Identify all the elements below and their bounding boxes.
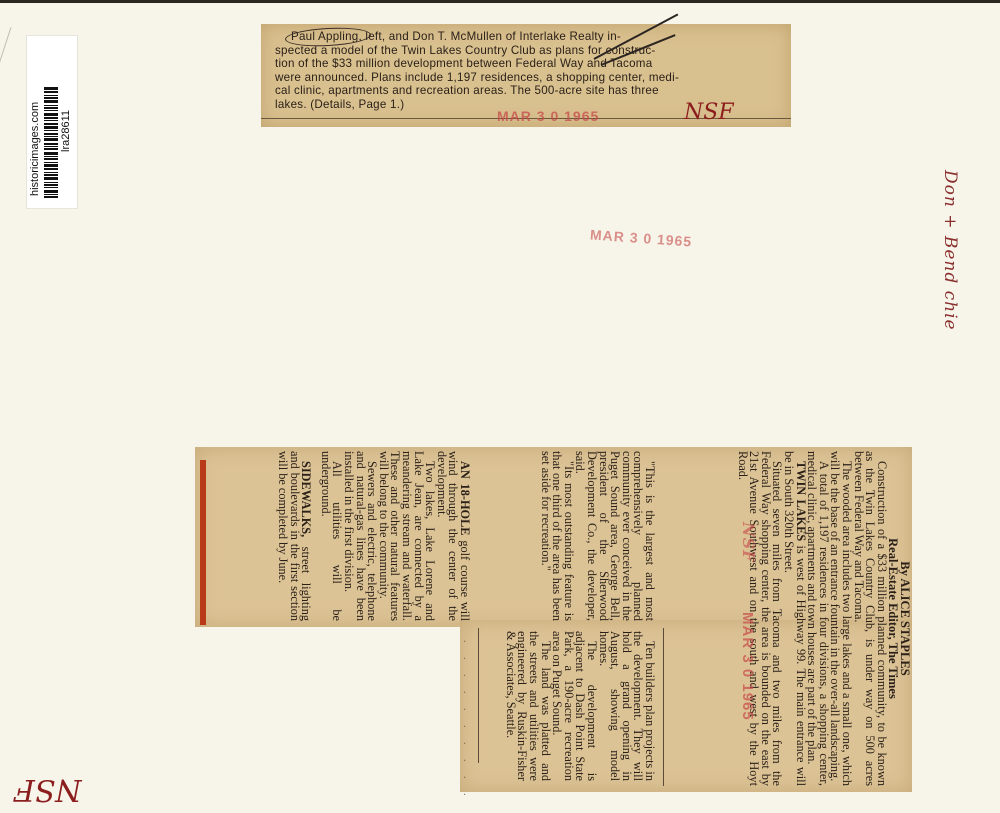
article-paragraph: Sewers and electric, telephone and natur…: [342, 451, 377, 621]
article-byline: By ALICE STAPLES: [898, 451, 910, 786]
article-paragraph: SIDEWALKS, street lighting and boulevard…: [277, 451, 312, 621]
barcode-bars: [44, 46, 58, 198]
article-paragraph: AN 18-HOLE golf course will wind through…: [435, 451, 470, 621]
article-column-1: By ALICE STAPLES Real-Estate Editor, The…: [736, 451, 910, 786]
barcode-site-text: historicimages.com: [29, 102, 41, 196]
caption-line: spected a model of the Twin Lakes Countr…: [275, 44, 780, 58]
caption-handwritten-initials: NSF: [684, 100, 734, 125]
caption-line: tion of the $33 million development betw…: [275, 57, 780, 71]
article-paragraph: "Its most outstanding feature is that on…: [539, 451, 574, 621]
photo-caption-clipping: Paul Appling, left, and Don T. McMullen …: [261, 24, 791, 127]
article-paragraph: Construction of a $33 million planned co…: [852, 451, 887, 786]
scan-top-edge: [0, 0, 1000, 3]
handwritten-bottom-initials: NSF: [14, 772, 82, 807]
article-paragraph: "This is the largest and most comprehens…: [574, 451, 655, 621]
article-column-2: "This is the largest and most comprehens…: [539, 451, 655, 621]
caption-date-stamp: MAR 3 0 1965: [497, 108, 599, 124]
article-paragraph: The land was platted and the streets and…: [504, 631, 550, 781]
article-paragraph: The development is adjacent to Dash Poin…: [551, 631, 597, 781]
article-paragraph: Two lakes, Lake Lorene and Lake Jean, ar…: [377, 451, 435, 621]
center-date-stamp: MAR 3 0 1965: [590, 226, 693, 249]
article-paragraph: The wooded area includes two large lakes…: [829, 451, 852, 786]
caption-line: were announced. Plans include 1,197 resi…: [275, 71, 780, 85]
handwritten-side-note: Don + Bend chie: [940, 170, 960, 331]
column-divider: [663, 628, 664, 786]
barcode-label: historicimages.com lra28611: [26, 35, 78, 209]
corner-scratch-mark: [0, 27, 21, 68]
article-paragraph: All utilities will be underground.: [319, 451, 342, 621]
barcode-id-text: lra28611: [60, 110, 72, 152]
article-initials-stamp: NSF: [739, 522, 758, 563]
article-paragraph: TWIN LAKES is west of Highway 99. The ma…: [782, 451, 805, 786]
torn-edge-dots: . . . . . . . . . .: [461, 640, 472, 802]
article-column-3: Ten builders plan projects in the develo…: [504, 631, 655, 781]
caption-line: cal clinic, apartments and recreation ar…: [275, 84, 780, 98]
article-date-stamp: MAR 3 0 1965: [739, 612, 756, 721]
article-paragraph: A total of 1,197 residences in four divi…: [806, 451, 829, 786]
column-divider: [478, 628, 479, 763]
clipping-edge-strip: [200, 460, 206, 625]
article-paragraph: Ten builders plan projects in the develo…: [597, 631, 655, 781]
article-column-4: AN 18-HOLE golf course will wind through…: [277, 451, 471, 621]
